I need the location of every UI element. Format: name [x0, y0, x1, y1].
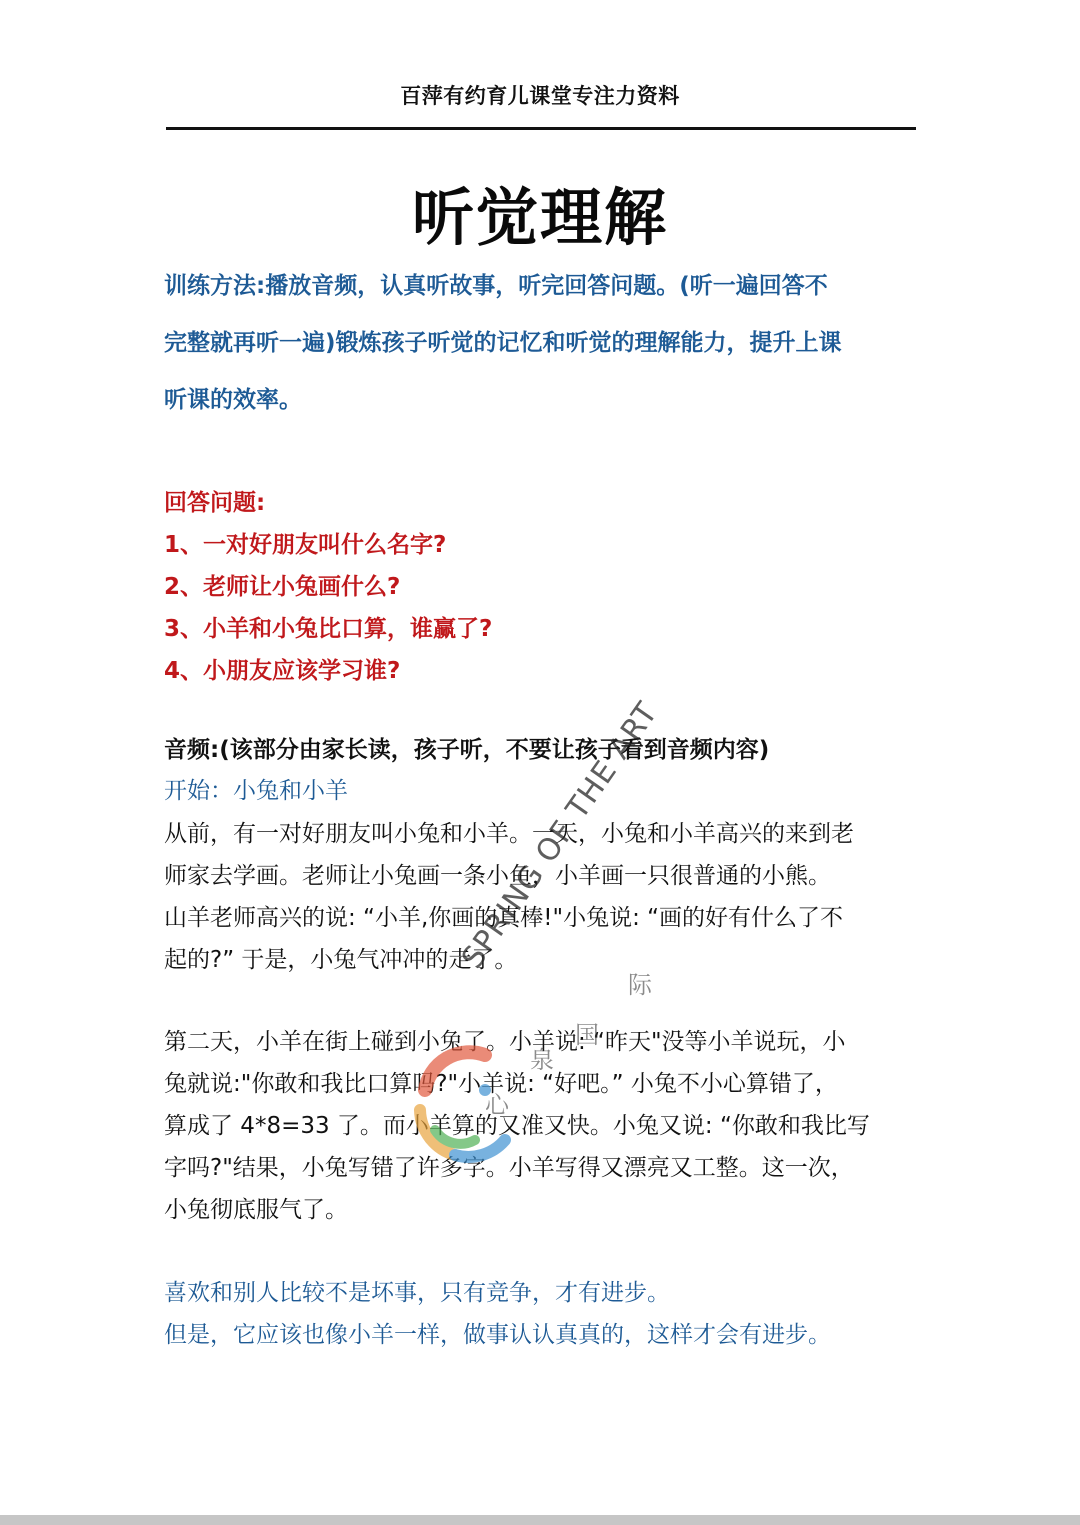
bottom-edge-bar — [0, 1515, 1080, 1525]
story-line: 山羊老师高兴的说: “小羊,你画的真棒!"小兔说: “画的好有什么了不 — [164, 897, 924, 939]
story-line: 起的?” 于是，小兔气冲冲的走了。 — [164, 939, 924, 981]
intro-line: 听课的效率。 — [164, 372, 924, 429]
header-divider — [166, 127, 916, 130]
question-item: 1、一对好朋友叫什么名字? — [164, 524, 924, 566]
question-item: 3、小羊和小兔比口算，谁赢了? — [164, 608, 924, 650]
question-item: 2、老师让小兔画什么? — [164, 566, 924, 608]
story-title: 开始：小兔和小羊 — [164, 771, 348, 811]
intro-line: 完整就再听一遍)锻炼孩子听觉的记忆和听觉的理解能力，提升上课 — [164, 315, 924, 372]
story-line: 第二天，小羊在街上碰到小兔了。小羊说: “昨天"没等小羊说玩，小 — [164, 1021, 924, 1063]
questions-heading: 回答问题: — [164, 482, 924, 524]
training-method-intro: 训练方法:播放音频，认真听故事，听完回答问题。(听一遍回答不 完整就再听一遍)锻… — [164, 258, 924, 429]
questions-section: 回答问题: 1、一对好朋友叫什么名字? 2、老师让小兔画什么? 3、小羊和小兔比… — [164, 482, 924, 692]
document-page: 百萍有约育儿课堂专注力资料 听觉理解 训练方法:播放音频，认真听故事，听完回答问… — [0, 0, 1080, 1515]
moral-line: 喜欢和别人比较不是坏事，只有竞争，才有进步。 — [164, 1272, 924, 1314]
story-line: 从前，有一对好朋友叫小兔和小羊。一天，小兔和小羊高兴的来到老 — [164, 813, 924, 855]
story-line: 算成了 4*8=33 了。而小羊算的又准又快。小兔又说: “你敢和我比写 — [164, 1105, 924, 1147]
audio-note: 音频:(该部分由家长读，孩子听，不要让孩子看到音频内容) — [164, 730, 769, 770]
intro-line: 训练方法:播放音频，认真听故事，听完回答问题。(听一遍回答不 — [164, 258, 924, 315]
story-line: 兔就说:"你敢和我比口算吗?"小羊说: “好吧。” 小兔不小心算错了， — [164, 1063, 924, 1105]
header-title: 百萍有约育儿课堂专注力资料 — [0, 80, 1080, 110]
story-line: 小兔彻底服气了。 — [164, 1189, 924, 1231]
document-title: 听觉理解 — [0, 168, 1080, 257]
question-item: 4、小朋友应该学习谁? — [164, 650, 924, 692]
story-moral: 喜欢和别人比较不是坏事，只有竞争，才有进步。 但是，它应该也像小羊一样，做事认认… — [164, 1272, 924, 1356]
story-paragraph-2: 第二天，小羊在街上碰到小兔了。小羊说: “昨天"没等小羊说玩，小 兔就说:"你敢… — [164, 1021, 924, 1231]
moral-line: 但是，它应该也像小羊一样，做事认认真真的，这样才会有进步。 — [164, 1314, 924, 1356]
story-paragraph-1: 从前，有一对好朋友叫小兔和小羊。一天，小兔和小羊高兴的来到老 师家去学画。老师让… — [164, 813, 924, 981]
story-line: 字吗?"结果，小兔写错了许多字。小羊写得又漂亮又工整。这一次， — [164, 1147, 924, 1189]
story-line: 师家去学画。老师让小兔画一条小鱼，小羊画一只很普通的小熊。 — [164, 855, 924, 897]
